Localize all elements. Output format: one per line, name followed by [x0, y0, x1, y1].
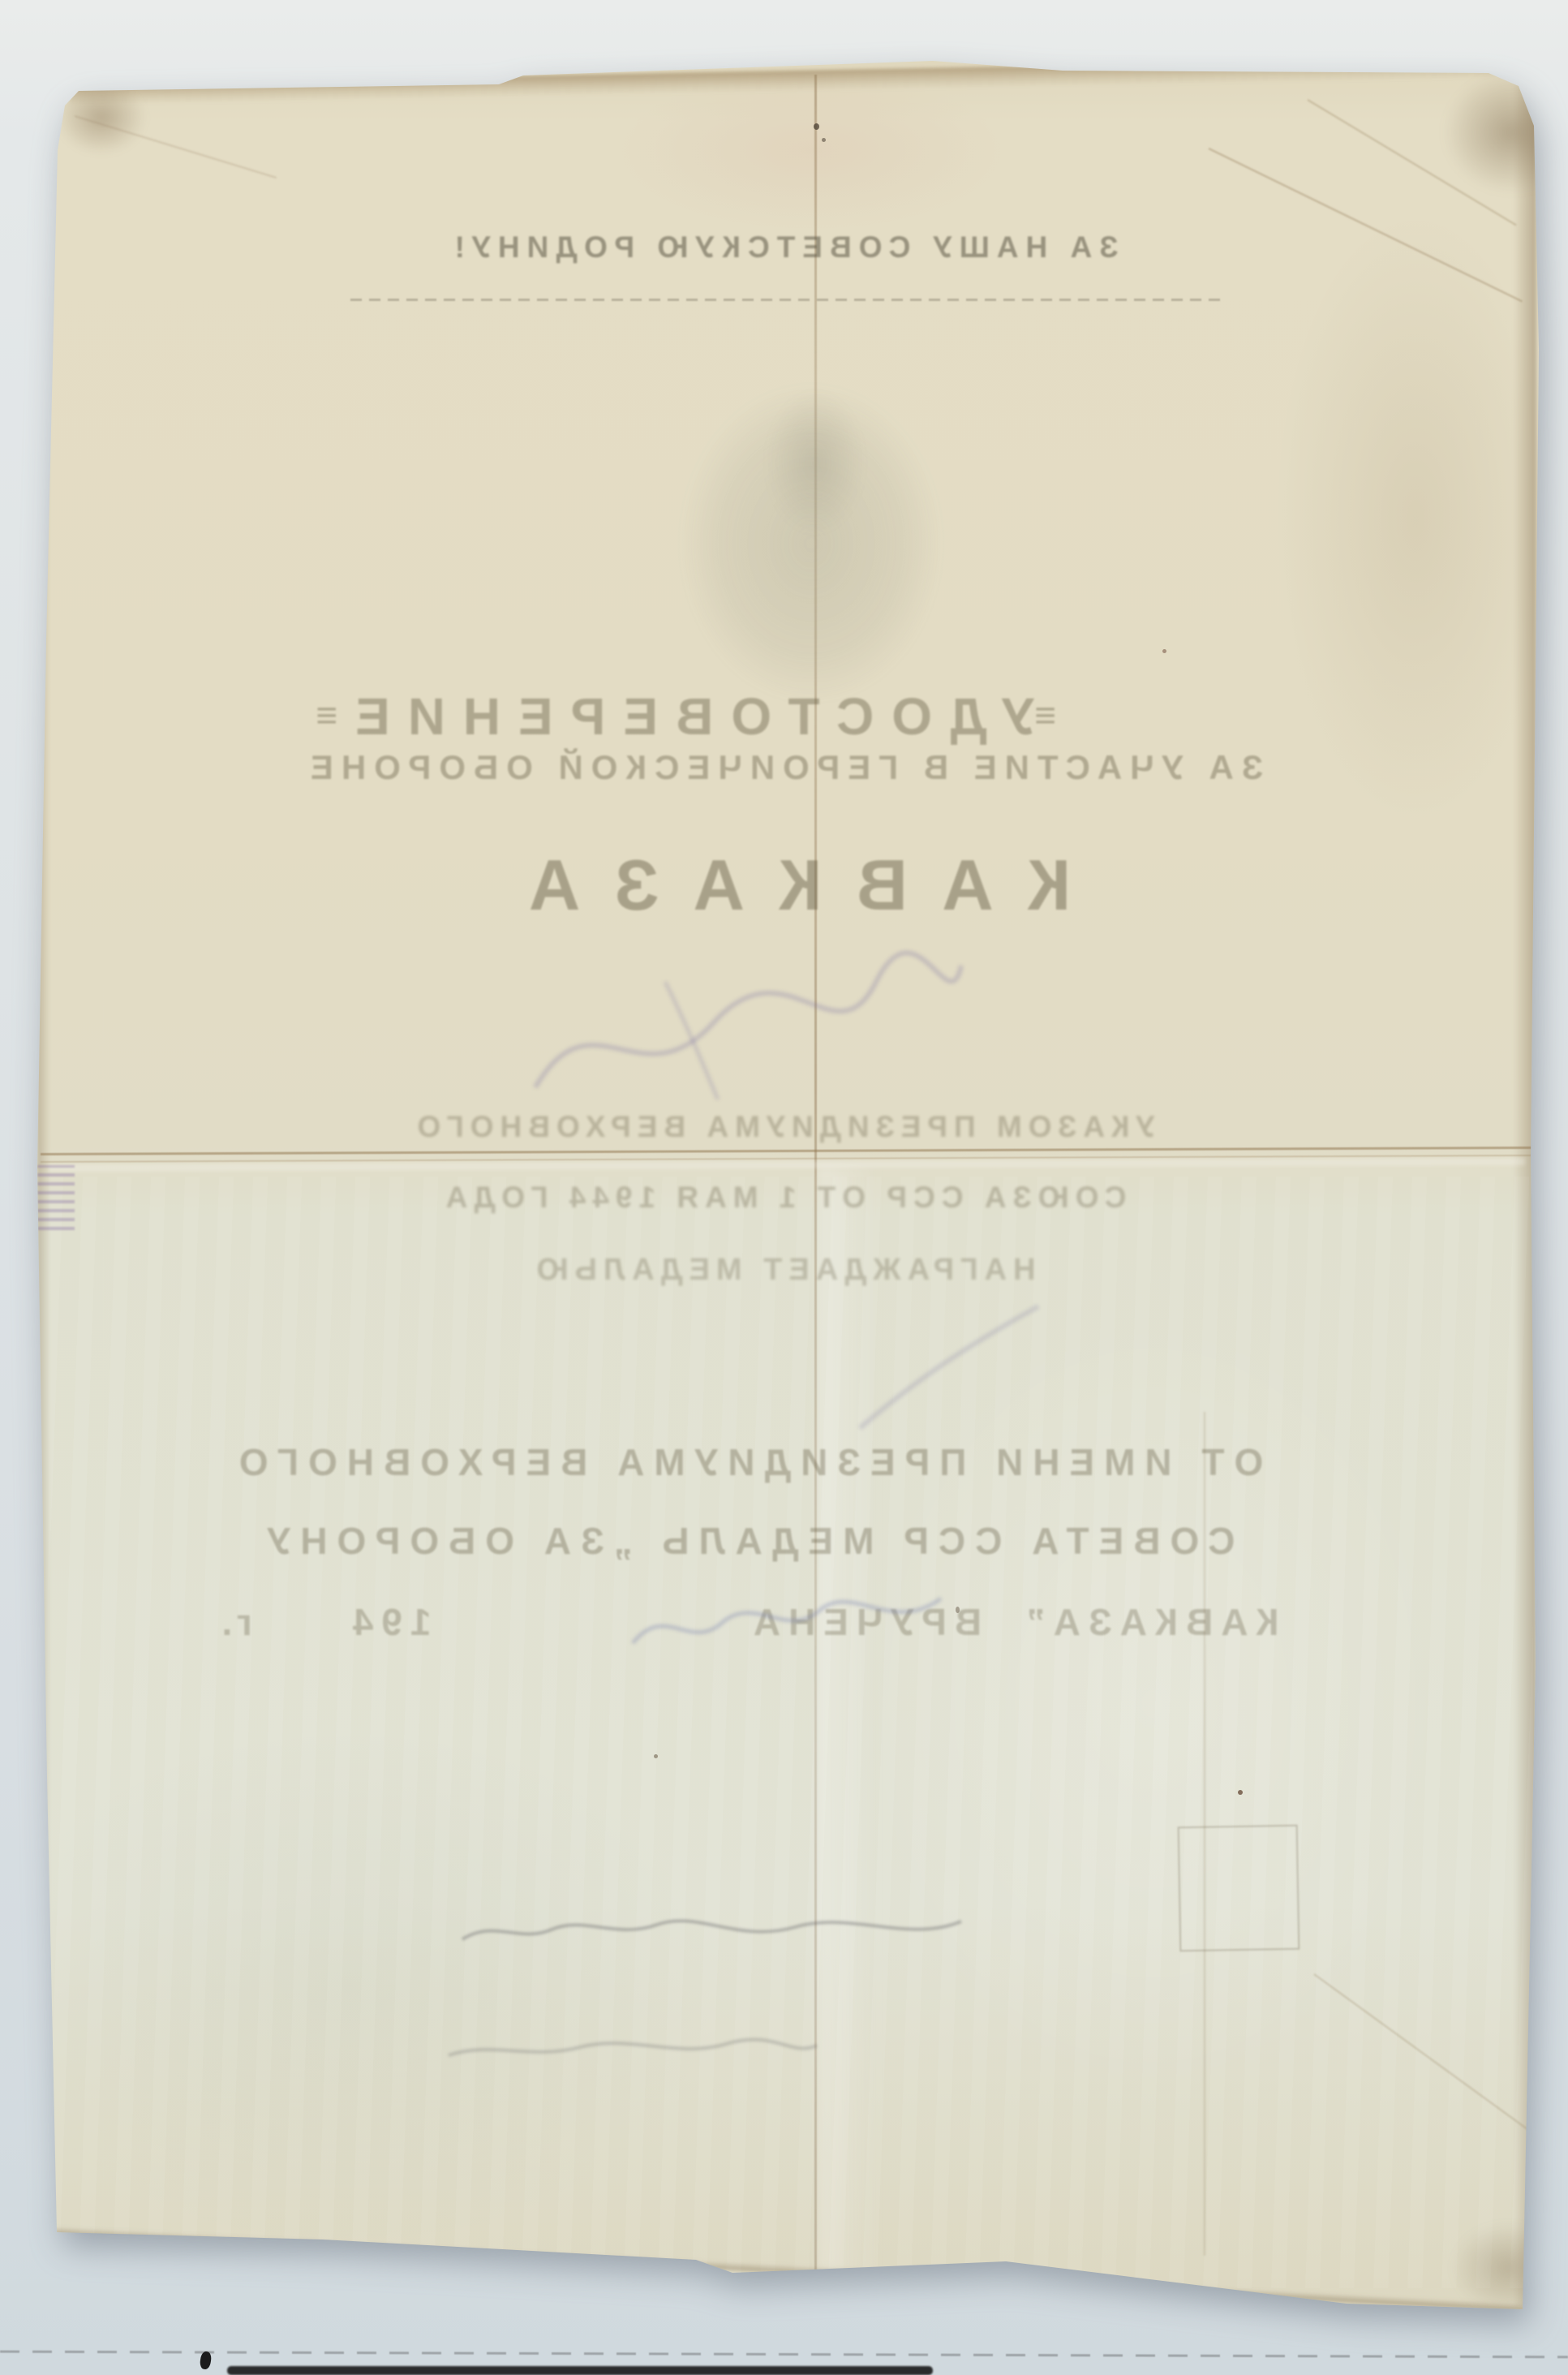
decree-line1-ghost-text: УКАЗОМ ПРЕЗИДИУМА ВЕРХОВНОГО [243, 1110, 1322, 1144]
subtitle-ghost-text: ЗА УЧАСТИЕ В ГЕРОИЧЕСКОЙ ОБОРОНЕ [235, 748, 1330, 787]
state-emblem-ghost-core [754, 373, 876, 552]
paper-shadow: ЗА НАШУ СОВЕТСКУЮ РОДИНУ! ≡УДОСТОВЕРЕНИЕ… [0, 0, 1568, 2375]
title-flourish-right: ≡ [316, 694, 337, 736]
paper-speck [956, 1607, 960, 1613]
award-line1-ghost-text: ОТ ИМЕНИ ПРЕЗИДИУМА ВЕРХОВНОГО [146, 1440, 1347, 1484]
stamp-outline-ghost [1178, 1825, 1300, 1952]
title-text: УДОСТОВЕРЕНИЕ [337, 687, 1034, 746]
title-flourish-left: ≡ [1034, 694, 1056, 736]
campaign-ghost-text: КАВКАЗА [243, 844, 1322, 927]
paper-top-edge [69, 56, 1529, 105]
slogan-ghost-text: ЗА НАШУ СОВЕТСКУЮ РОДИНУ! [316, 230, 1249, 265]
paper-sheen-streaks [49, 1177, 1533, 2288]
decree-line2-ghost-text: СОЮЗА ССР ОТ 1 МАЯ 1944 ГОДА [243, 1181, 1322, 1215]
corner-shade-top-left [57, 81, 146, 154]
photo-backdrop: ЗА НАШУ СОВЕТСКУЮ РОДИНУ! ≡УДОСТОВЕРЕНИЕ… [0, 0, 1568, 2375]
corner-shade-top-right [1444, 71, 1568, 193]
certificate-paper: ЗА НАШУ СОВЕТСКУЮ РОДИНУ! ≡УДОСТОВЕРЕНИЕ… [0, 0, 1568, 2375]
paper-speck [654, 1754, 658, 1758]
paper-speck [1162, 649, 1166, 653]
date-handwriting-ghost [616, 1578, 957, 1667]
horizontal-fold-crease [41, 1147, 1533, 1155]
award-line2-ghost-text: СОВЕТА ССР МЕДАЛЬ „ЗА ОБОРОНУ [146, 1519, 1347, 1563]
issuer-smallprint-ghost [442, 2033, 823, 2069]
paper-speck [814, 123, 819, 130]
paper-speck [822, 138, 826, 142]
ink-smudge-left-edge [37, 1165, 75, 1230]
recipient-name-handwriting-ghost [519, 933, 973, 1112]
decree-line3-ghost-text: НАГРАЖДАЕТ МЕДАЛЬЮ [243, 1253, 1322, 1288]
signature-handwriting-ghost [454, 1907, 973, 1956]
ink-stroke-ghost-mid [827, 1290, 1071, 1444]
paper-speck [1238, 1790, 1243, 1795]
slogan-underline [350, 299, 1220, 301]
